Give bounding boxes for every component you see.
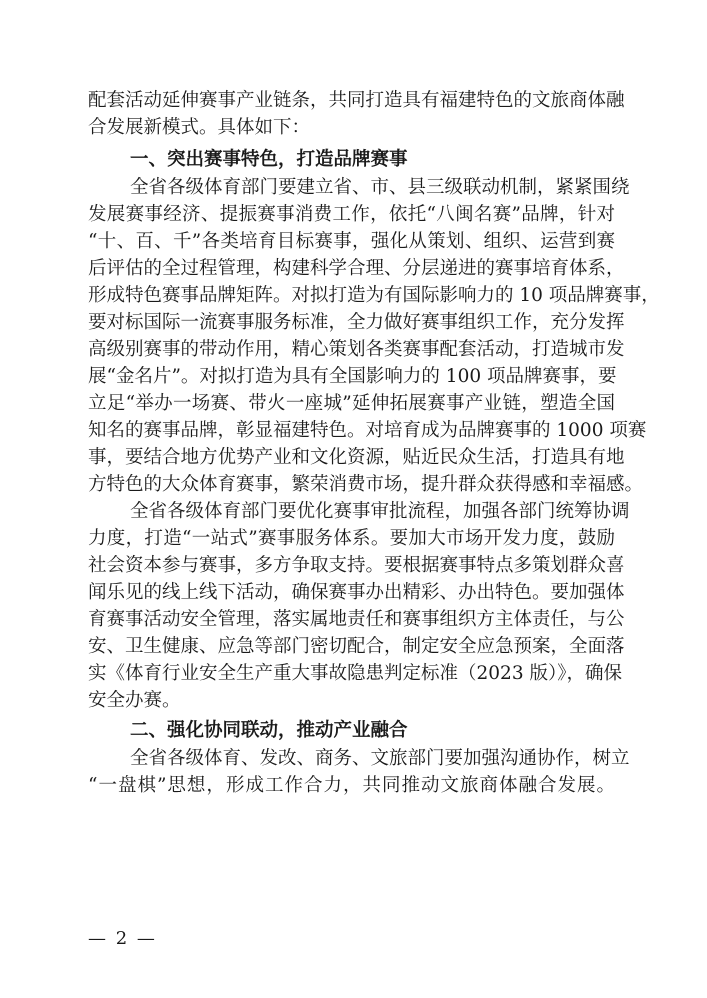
- body-text-line: 发展赛事经济、提振赛事消费工作，依托“八闽名赛”品牌，针对: [88, 202, 615, 228]
- body-text-line: 全省各级体育部门要建立省、市、县三级联动机制，紧紧围绕: [130, 175, 615, 201]
- body-text-line: 立足“举办一场赛、带火一座城”延伸拓展赛事产业链，塑造全国: [88, 391, 615, 417]
- section-heading-1: 一、突出赛事特色，打造品牌赛事: [130, 147, 615, 173]
- body-text-line: 高级别赛事的带动作用，精心策划各类赛事配套活动，打造城市发: [88, 337, 615, 363]
- body-text-line: 力度，打造“一站式”赛事服务体系。要加大市场开发力度，鼓励: [88, 526, 615, 552]
- body-text-line: 闻乐见的线上线下活动，确保赛事办出精彩、办出特色。要加强体: [88, 580, 615, 606]
- body-text-line: 安全办赛。: [88, 688, 615, 714]
- document-page: 配套活动延伸赛事产业链条，共同打造具有福建特色的文旅商体融 合发展新模式。具体如…: [0, 0, 707, 998]
- body-text-line: 配套活动延伸赛事产业链条，共同打造具有福建特色的文旅商体融: [88, 88, 615, 114]
- body-text-line: 育赛事活动安全管理，落实属地责任和赛事组织方主体责任，与公: [88, 607, 615, 633]
- body-text-line: “一盘棋”思想，形成工作合力，共同推动文旅商体融合发展。: [88, 773, 615, 799]
- section-heading-2: 二、强化协同联动，推动产业融合: [130, 718, 615, 744]
- body-text-line: 知名的赛事品牌，彰显福建特色。对培育成为品牌赛事的 1000 项赛: [88, 418, 615, 444]
- body-text-line: 全省各级体育、发改、商务、文旅部门要加强沟通协作，树立: [130, 746, 615, 772]
- body-text-line: 方特色的大众体育赛事，繁荣消费市场，提升群众获得感和幸福感。: [88, 472, 615, 498]
- body-text-line: 社会资本参与赛事，多方争取支持。要根据赛事特点多策划群众喜: [88, 553, 615, 579]
- body-text-line: 全省各级体育部门要优化赛事审批流程，加强各部门统筹协调: [130, 499, 615, 525]
- body-text-line: 形成特色赛事品牌矩阵。对拟打造为有国际影响力的 10 项品牌赛事，: [88, 283, 615, 309]
- body-text-line: 安、卫生健康、应急等部门密切配合，制定安全应急预案，全面落: [88, 634, 615, 660]
- body-text-line: 后评估的全过程管理，构建科学合理、分层递进的赛事培育体系，: [88, 256, 615, 282]
- page-number: — 2 —: [88, 927, 157, 951]
- body-text-line: “十、百、千”各类培育目标赛事，强化从策划、组织、运营到赛: [88, 229, 615, 255]
- body-text-line: 合发展新模式。具体如下：: [88, 115, 615, 141]
- body-text-line: 实《体育行业安全生产重大事故隐患判定标准（2023 版）》，确保: [88, 661, 615, 687]
- body-text-line: 要对标国际一流赛事服务标准，全力做好赛事组织工作，充分发挥: [88, 310, 615, 336]
- body-text-line: 事，要结合地方优势产业和文化资源，贴近民众生活，打造具有地: [88, 445, 615, 471]
- body-text-line: 展“金名片”。对拟打造为具有全国影响力的 100 项品牌赛事，要: [88, 364, 615, 390]
